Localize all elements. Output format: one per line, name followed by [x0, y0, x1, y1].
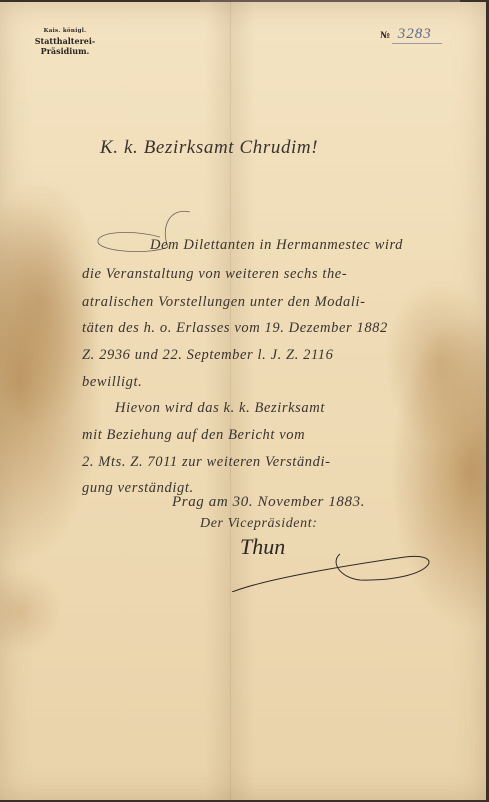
letterhead: Kais. königl. Statthalterei-Präsidium.	[20, 28, 110, 56]
body-line-6: bewilligt.	[82, 374, 142, 391]
body-line-7: Hievon wird das k. k. Bezirksamt	[115, 400, 325, 417]
body-line-5: Z. 2936 und 22. September l. J. Z. 2116	[82, 347, 334, 364]
signature-flourish-icon	[150, 552, 450, 592]
letterhead-line-1: Kais. königl.	[20, 28, 110, 34]
letterhead-line-2: Statthalterei-Präsidium.	[20, 36, 110, 56]
body-line-3: atralischen Vorstellungen unter den Moda…	[82, 294, 366, 311]
salutation: K. k. Bezirksamt Chrudim!	[100, 137, 318, 159]
number-sign: №	[380, 31, 390, 41]
body-line-4: täten des h. o. Erlasses vom 19. Dezembe…	[82, 320, 388, 337]
reference-number: № 3283	[380, 26, 442, 44]
scan-edge	[200, 0, 460, 2]
place-date: Prag am 30. November 1883.	[172, 494, 365, 511]
number-value: 3283	[392, 26, 442, 44]
body-line-9: 2. Mts. Z. 7011 zur weiteren Verständi-	[82, 454, 331, 471]
body-line-2: die Veranstaltung von weiteren sechs the…	[82, 266, 347, 283]
signatory-title: Der Vicepräsident:	[200, 516, 317, 532]
document-page: Kais. königl. Statthalterei-Präsidium. №…	[0, 2, 486, 800]
body-line-8: mit Beziehung auf den Bericht vom	[82, 427, 305, 444]
body-line-1: Dem Dilettanten in Hermanmestec wird	[150, 237, 403, 254]
